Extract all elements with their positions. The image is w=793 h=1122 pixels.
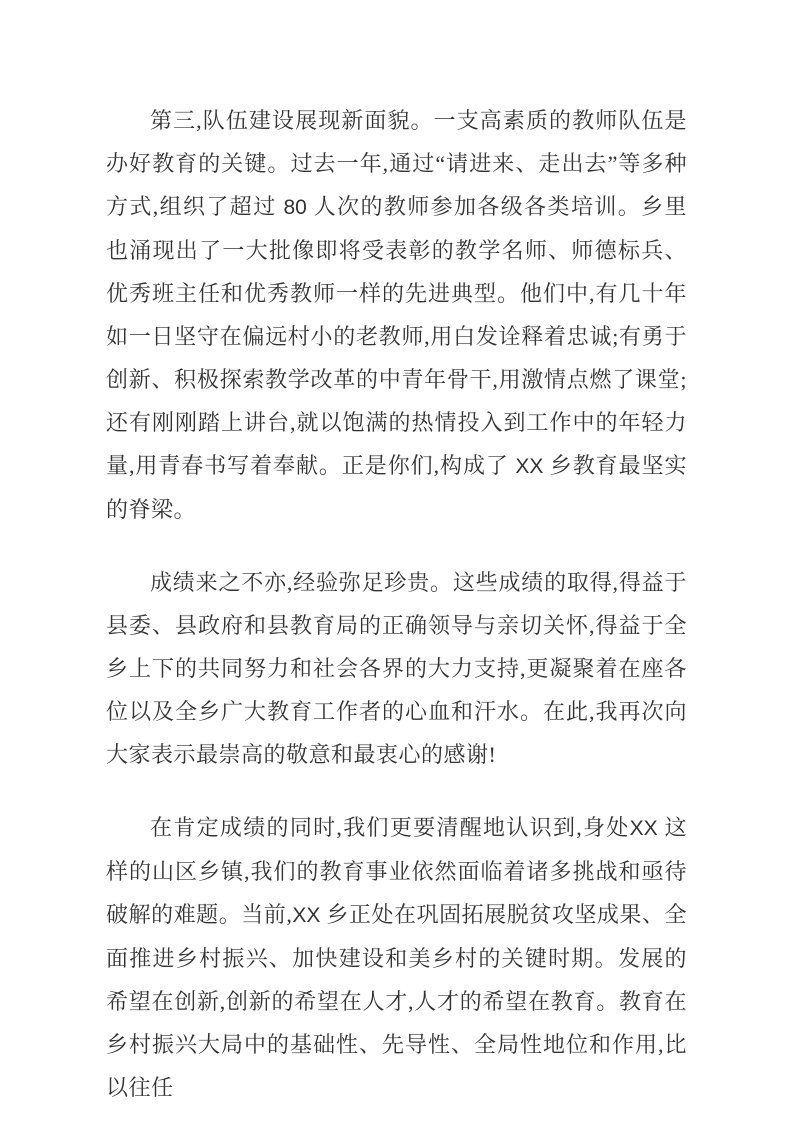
paragraph-team-building: 第三,队伍建设展现新面貌。一支高素质的教师队伍是办好教育的关键。过去一年,通过“…: [106, 99, 687, 531]
paragraph-challenges: 在肯定成绩的同时,我们更要清醒地认识到,身处XX 这样的山区乡镇,我们的教育事业…: [106, 806, 687, 1109]
paragraph-gratitude: 成绩来之不亦,经验弥足珍贵。这些成绩的取得,得益于县委、县政府和县教育局的正确领…: [106, 561, 687, 776]
document-page: 第三,队伍建设展现新面貌。一支高素质的教师队伍是办好教育的关键。过去一年,通过“…: [0, 0, 793, 1122]
